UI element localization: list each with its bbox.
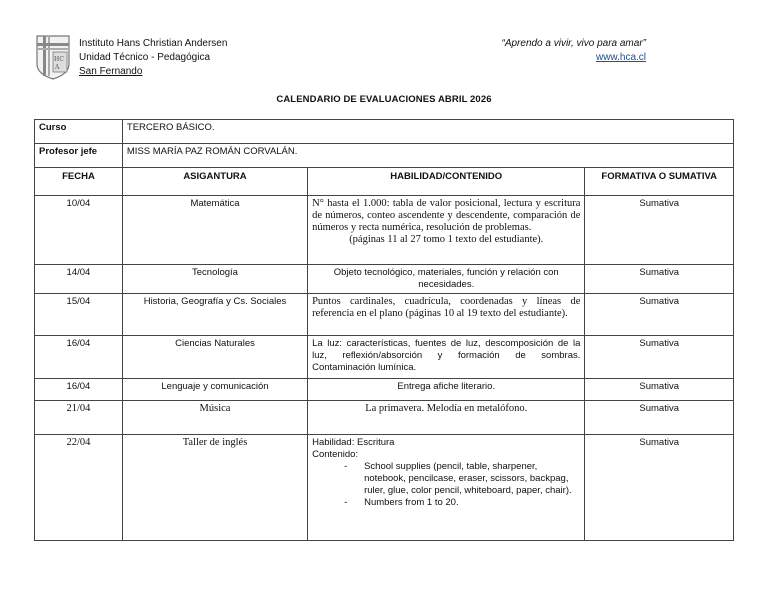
list-item: School supplies (pencil, table, sharpene… <box>356 461 580 497</box>
type-cell: Sumativa <box>585 265 734 294</box>
page-title: CALENDARIO DE EVALUACIONES ABRIL 2026 <box>0 94 768 105</box>
column-header-date: FECHA <box>35 168 123 196</box>
city-name: San Fernando <box>79 65 227 79</box>
table-row: 22/04 Taller de inglés Habilidad: Escrit… <box>35 435 734 541</box>
date-cell: 22/04 <box>35 435 123 541</box>
date-cell: 15/04 <box>35 294 123 336</box>
table-header-row: FECHA ASIGANTURA HABILIDAD/CONTENIDO FOR… <box>35 168 734 196</box>
column-header-type: FORMATIVA O SUMATIVA <box>585 168 734 196</box>
teacher-label: Profesor jefe <box>35 144 123 168</box>
content-cell: Entrega afiche literario. <box>308 379 585 401</box>
subject-cell: Matemática <box>122 196 307 265</box>
course-row: Curso TERCERO BÁSICO. <box>35 120 734 144</box>
date-cell: 10/04 <box>35 196 123 265</box>
type-cell: Sumativa <box>585 379 734 401</box>
content-label: Contenido: <box>312 449 580 461</box>
table-row: 16/04 Lenguaje y comunicación Entrega af… <box>35 379 734 401</box>
type-cell: Sumativa <box>585 196 734 265</box>
teacher-value: MISS MARÍA PAZ ROMÁN CORVALÁN. <box>122 144 733 168</box>
course-label: Curso <box>35 120 123 144</box>
teacher-row: Profesor jefe MISS MARÍA PAZ ROMÁN CORVA… <box>35 144 734 168</box>
website-link[interactable]: www.hca.cl <box>501 51 646 65</box>
date-cell: 21/04 <box>35 401 123 435</box>
content-text: N° hasta el 1.000: tabla de valor posici… <box>312 198 580 234</box>
table-row: 14/04 Tecnología Objeto tecnológico, mat… <box>35 265 734 294</box>
svg-text:HC: HC <box>54 56 64 63</box>
date-cell: 14/04 <box>35 265 123 294</box>
subject-cell: Música <box>122 401 307 435</box>
content-note: (páginas 11 al 27 tomo 1 texto del estud… <box>312 234 580 246</box>
subject-cell: Lenguaje y comunicación <box>122 379 307 401</box>
course-value: TERCERO BÁSICO. <box>122 120 733 144</box>
table-row: 10/04 Matemática N° hasta el 1.000: tabl… <box>35 196 734 265</box>
motto-text: “Aprendo a vivir, vivo para amar” <box>501 37 646 51</box>
content-cell: Habilidad: Escritura Contenido: School s… <box>308 435 585 541</box>
skill-text: Habilidad: Escritura <box>312 437 580 449</box>
content-cell: Puntos cardinales, cuadrícula, coordenad… <box>308 294 585 336</box>
table-row: 21/04 Música La primavera. Melodía en me… <box>35 401 734 435</box>
subject-cell: Tecnología <box>122 265 307 294</box>
type-cell: Sumativa <box>585 294 734 336</box>
unit-name: Unidad Técnico - Pedagógica <box>79 51 227 65</box>
date-cell: 16/04 <box>35 336 123 379</box>
content-list: School supplies (pencil, table, sharpene… <box>312 461 580 509</box>
content-cell: Objeto tecnológico, materiales, función … <box>308 265 585 294</box>
date-cell: 16/04 <box>35 379 123 401</box>
type-cell: Sumativa <box>585 435 734 541</box>
evaluation-calendar-table: Curso TERCERO BÁSICO. Profesor jefe MISS… <box>34 119 734 541</box>
column-header-content: HABILIDAD/CONTENIDO <box>308 168 585 196</box>
institution-name: Instituto Hans Christian Andersen <box>79 37 227 51</box>
subject-cell: Taller de inglés <box>122 435 307 541</box>
school-crest-icon: HC A <box>35 34 71 80</box>
subject-cell: Ciencias Naturales <box>122 336 307 379</box>
content-cell: La primavera. Melodía en metalófono. <box>308 401 585 435</box>
motto-block: “Aprendo a vivir, vivo para amar” www.hc… <box>501 37 646 65</box>
type-cell: Sumativa <box>585 401 734 435</box>
content-cell: La luz: características, fuentes de luz,… <box>308 336 585 379</box>
table-row: 16/04 Ciencias Naturales La luz: caracte… <box>35 336 734 379</box>
svg-text:A: A <box>54 64 60 71</box>
subject-cell: Historia, Geografía y Cs. Sociales <box>122 294 307 336</box>
content-cell: N° hasta el 1.000: tabla de valor posici… <box>308 196 585 265</box>
institution-block: Instituto Hans Christian Andersen Unidad… <box>79 37 227 79</box>
type-cell: Sumativa <box>585 336 734 379</box>
table-row: 15/04 Historia, Geografía y Cs. Sociales… <box>35 294 734 336</box>
column-header-subject: ASIGANTURA <box>122 168 307 196</box>
list-item: Numbers from 1 to 20. <box>356 497 580 509</box>
